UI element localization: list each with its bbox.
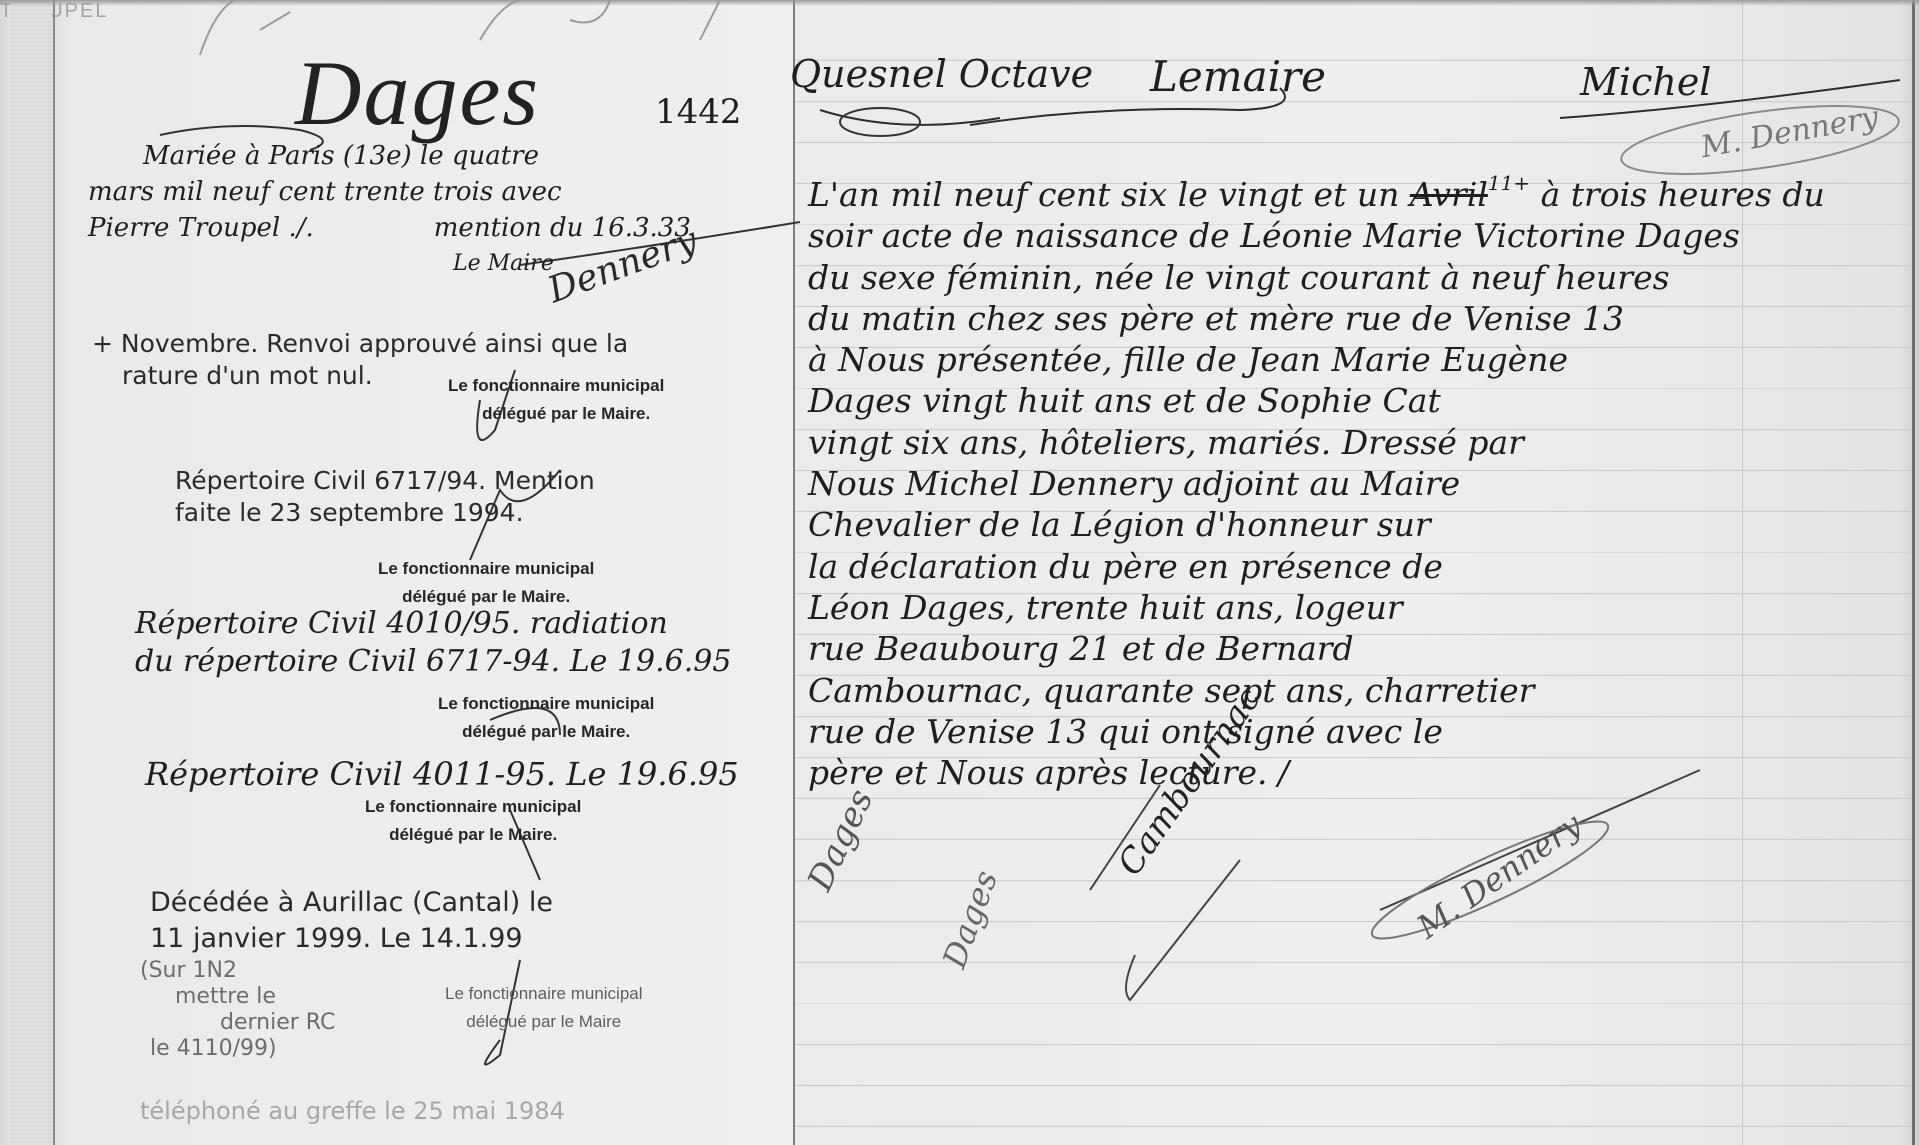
death-note-line: Décédée à Aurillac (Cantal) le [150, 885, 553, 921]
repertoire-note-line: du répertoire Civil 6717-94. Le 19.6.95 [135, 643, 731, 681]
official-stamp: Le fonctionnaire municipal délégué par l… [378, 555, 594, 611]
stamp-line: délégué par le Maire. [448, 400, 664, 428]
body-line: Cambournac, quarante sept ans, charretie… [808, 670, 1908, 711]
surname-heading: Dages [295, 40, 540, 146]
body-line: la déclaration du père en présence de [808, 546, 1908, 587]
body-line-text: L'an mil neuf cent six le vingt et un [808, 175, 1410, 214]
act-number: 1442 [655, 92, 742, 132]
faint-telephone-note: téléphoné au greffe le 25 mai 1984 [140, 1095, 565, 1127]
body-line: rue de Venise 13 qui ont signé avec le [808, 711, 1908, 752]
official-stamp: Le fonctionnaire municipal délégué par l… [365, 793, 581, 849]
body-line-text: à trois heures du [1530, 175, 1825, 214]
pencil-note-line: dernier RC [140, 1010, 335, 1036]
birth-act-text: L'an mil neuf cent six le vingt et un Av… [808, 163, 1908, 793]
stamp-line: Le fonctionnaire municipal [438, 690, 654, 718]
official-stamp: Le fonctionnaire municipal délégué par l… [438, 690, 654, 746]
body-line: à Nous présentée, fille de Jean Marie Eu… [808, 339, 1908, 380]
death-note: Décédée à Aurillac (Cantal) le 11 janvie… [150, 885, 553, 957]
repertoire-note-1: Répertoire Civil 6717/94. Mention faite … [175, 465, 595, 529]
repertoire-note-line: Répertoire Civil 4010/95. radiation [135, 605, 731, 643]
body-line: L'an mil neuf cent six le vingt et un Av… [808, 163, 1908, 215]
body-line: soir acte de naissance de Léonie Marie V… [808, 215, 1908, 256]
stamp-line: Le fonctionnaire municipal [448, 372, 664, 400]
pencil-note: (Sur 1N2 mettre le dernier RC le 4110/99… [140, 958, 335, 1062]
pencil-note-line: le 4110/99) [140, 1036, 335, 1062]
pencil-note-line: (Sur 1N2 [140, 958, 335, 984]
body-line: Dages vingt huit ans et de Sophie Cat [808, 380, 1908, 421]
repertoire-note-line: Répertoire Civil 6717/94. Mention [175, 465, 595, 497]
stamp-line: Le fonctionnaire municipal [365, 793, 581, 821]
body-line: rue Beaubourg 21 et de Bernard [808, 628, 1908, 669]
official-stamp: Le fonctionnaire municipal délégué par l… [448, 372, 664, 428]
body-line: du matin chez ses père et mère rue de Ve… [808, 298, 1908, 339]
body-line: du sexe féminin, née le vingt courant à … [808, 257, 1908, 298]
register-page: Dages 1442 Mariée à Paris (13e) le quatr… [0, 0, 1919, 1145]
stamp-line: Le fonctionnaire municipal [378, 555, 594, 583]
stamp-line: Le fonctionnaire municipal [445, 980, 643, 1008]
marriage-note-line: mars mil neuf cent trente trois avec [88, 174, 691, 210]
stamp-line: délégué par le Maire [445, 1008, 643, 1036]
official-stamp: Le fonctionnaire municipal délégué par l… [445, 980, 643, 1036]
stamp-line: délégué par le Maire. [365, 821, 581, 849]
struck-word: Avril [1410, 175, 1488, 214]
marriage-note-line: Pierre Troupel ./. [88, 210, 314, 246]
body-line: Nous Michel Dennery adjoint au Maire [808, 463, 1908, 504]
header-right-name: Michel [1580, 60, 1711, 104]
body-line: Chevalier de la Légion d'honneur sur [808, 504, 1908, 545]
insertion-mark: 11+ [1488, 171, 1530, 195]
body-line: père et Nous après lecture. / [808, 752, 1908, 793]
repertoire-note-2: Répertoire Civil 4010/95. radiation du r… [135, 605, 731, 681]
death-note-line: 11 janvier 1999. Le 14.1.99 [150, 921, 553, 957]
pencil-note-line: mettre le [140, 984, 335, 1010]
stamp-line: délégué par le Maire. [438, 718, 654, 746]
repertoire-note-3: Répertoire Civil 4011-95. Le 19.6.95 [145, 755, 739, 793]
renvoi-note-line: + Novembre. Renvoi approuvé ainsi que la [92, 328, 628, 360]
header-middle-name: Lemaire [1150, 52, 1326, 101]
header-left-name: Quesnel Octave [790, 52, 1093, 96]
repertoire-note-line: faite le 23 septembre 1994. [175, 497, 595, 529]
body-line: Léon Dages, trente huit ans, logeur [808, 587, 1908, 628]
body-line: vingt six ans, hôteliers, mariés. Dressé… [808, 422, 1908, 463]
marriage-note-line: Mariée à Paris (13e) le quatre [88, 138, 691, 174]
